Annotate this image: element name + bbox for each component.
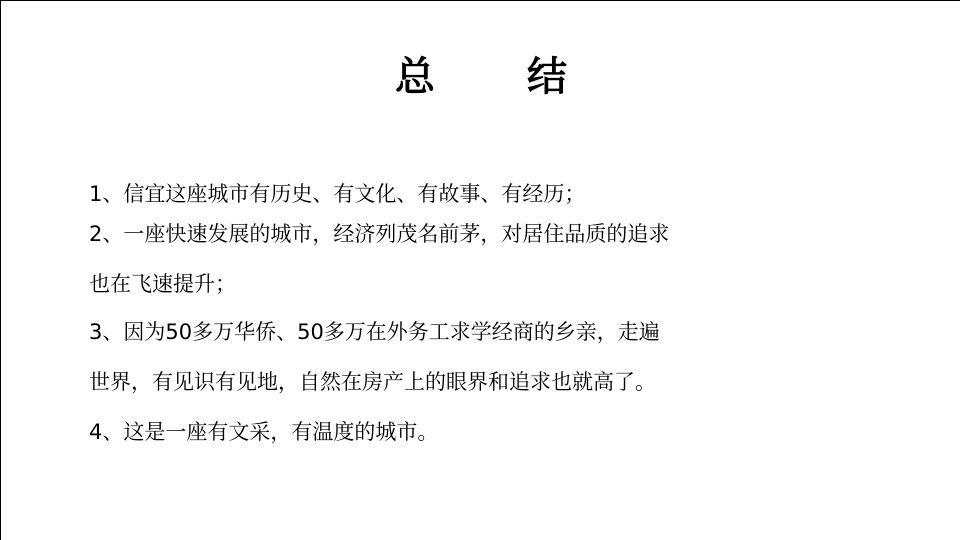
summary-item-2-line-1: 2、一座快速发展的城市，经济列茂名前茅，对居住品质的追求 (89, 213, 669, 263)
title-char-1: 总 (395, 53, 435, 101)
slide-title: 总结 (1, 53, 960, 101)
slide: 总结 1、信宜这座城市有历史、有文化、有故事、有经历； 2、一座快速发展的城市，… (0, 0, 960, 540)
summary-item-3: 3、因为50多万华侨、50多万在外务工求学经商的乡亲，走遍 世界，有见识有见地，… (89, 311, 660, 411)
summary-item-4: 4、这是一座有文采，有温度的城市。 (89, 411, 438, 461)
summary-item-2: 2、一座快速发展的城市，经济列茂名前茅，对居住品质的追求 也在飞速提升； (89, 213, 669, 313)
summary-item-3-line-1: 3、因为50多万华侨、50多万在外务工求学经商的乡亲，走遍 (89, 311, 660, 361)
summary-item-3-line-2: 世界，有见识有见地，自然在房产上的眼界和追求也就高了。 (89, 361, 660, 411)
summary-item-2-line-2: 也在飞速提升； (89, 263, 669, 313)
summary-item-4-line-1: 4、这是一座有文采，有温度的城市。 (89, 411, 438, 461)
title-char-2: 结 (527, 53, 567, 101)
